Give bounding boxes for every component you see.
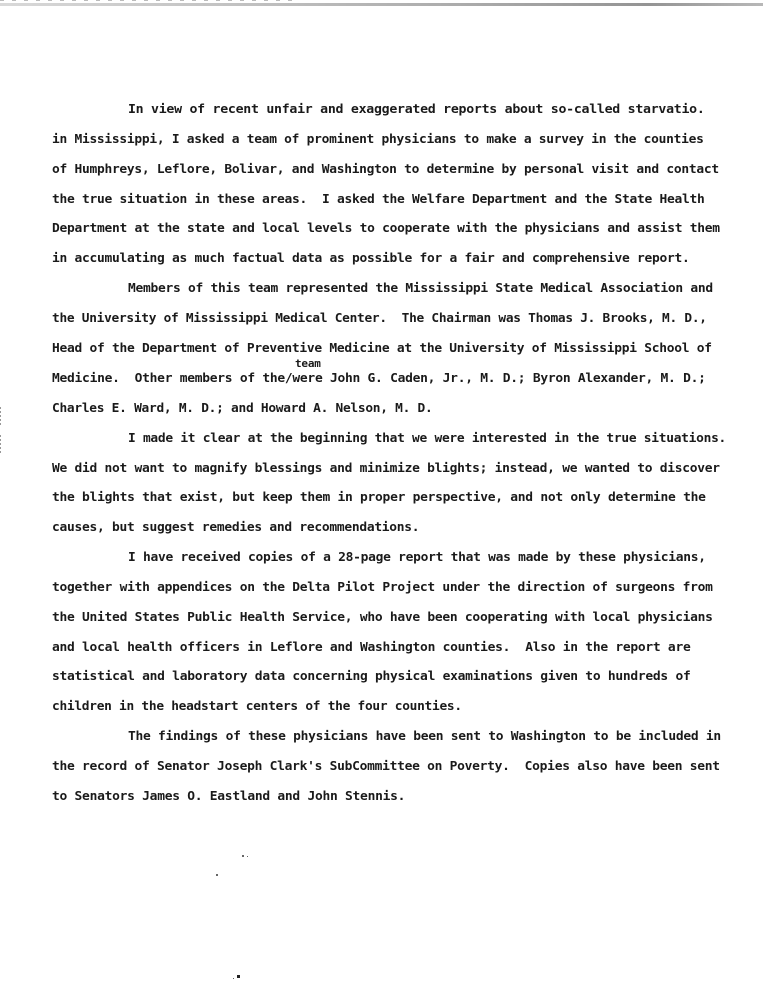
scan-speck: [247, 856, 248, 857]
scan-speck: [216, 874, 218, 876]
paragraph-3-line-4: causes, but suggest remedies and recomme…: [52, 520, 419, 534]
scan-speck: [237, 975, 240, 978]
paragraph-1-line-4: the true situation in these areas. I ask…: [52, 192, 705, 206]
paragraph-2-line-4: Medicine. Other members of the/were John…: [52, 371, 706, 385]
paragraph-4-line-1: I have received copies of a 28-page repo…: [128, 550, 706, 564]
paragraph-2-line-3: Head of the Department of Preventive Med…: [52, 341, 712, 355]
paragraph-3-line-1: I made it clear at the beginning that we…: [128, 431, 726, 445]
paragraph-2-line-5: Charles E. Ward, M. D.; and Howard A. Ne…: [52, 401, 432, 415]
scan-speck: [233, 978, 234, 979]
paragraph-4-line-5: statistical and laboratory data concerni…: [52, 669, 690, 683]
paragraph-3-line-2: We did not want to magnify blessings and…: [52, 461, 720, 475]
scan-speck: [242, 855, 244, 857]
paragraph-1-line-6: in accumulating as much factual data as …: [52, 251, 689, 265]
paragraph-5-line-3: to Senators James O. Eastland and John S…: [52, 789, 405, 803]
paragraph-4-line-4: and local health officers in Leflore and…: [52, 640, 690, 654]
paragraph-5-line-2: the record of Senator Joseph Clark's Sub…: [52, 759, 720, 773]
paragraph-1-line-1: In view of recent unfair and exaggerated…: [128, 102, 705, 116]
paragraph-4-line-3: the United States Public Health Service,…: [52, 610, 713, 624]
paragraph-5-line-1: The findings of these physicians have be…: [128, 729, 721, 743]
paragraph-1-line-5: Department at the state and local levels…: [52, 221, 720, 235]
typewritten-page: In view of recent unfair and exaggerated…: [0, 0, 763, 990]
paragraph-3-line-3: the blights that exist, but keep them in…: [52, 490, 706, 504]
paragraph-1-line-3: of Humphreys, Leflore, Bolivar, and Wash…: [52, 162, 719, 176]
paragraph-2-line-2: the University of Mississippi Medical Ce…: [52, 311, 707, 325]
paragraph-4-line-2: together with appendices on the Delta Pi…: [52, 580, 713, 594]
paragraph-2-line-1: Members of this team represented the Mis…: [128, 281, 713, 295]
interlinear-insertion: team: [295, 357, 321, 370]
paragraph-4-line-6: children in the headstart centers of the…: [52, 699, 462, 713]
paragraph-1-line-2: in Mississippi, I asked a team of promin…: [52, 132, 704, 146]
